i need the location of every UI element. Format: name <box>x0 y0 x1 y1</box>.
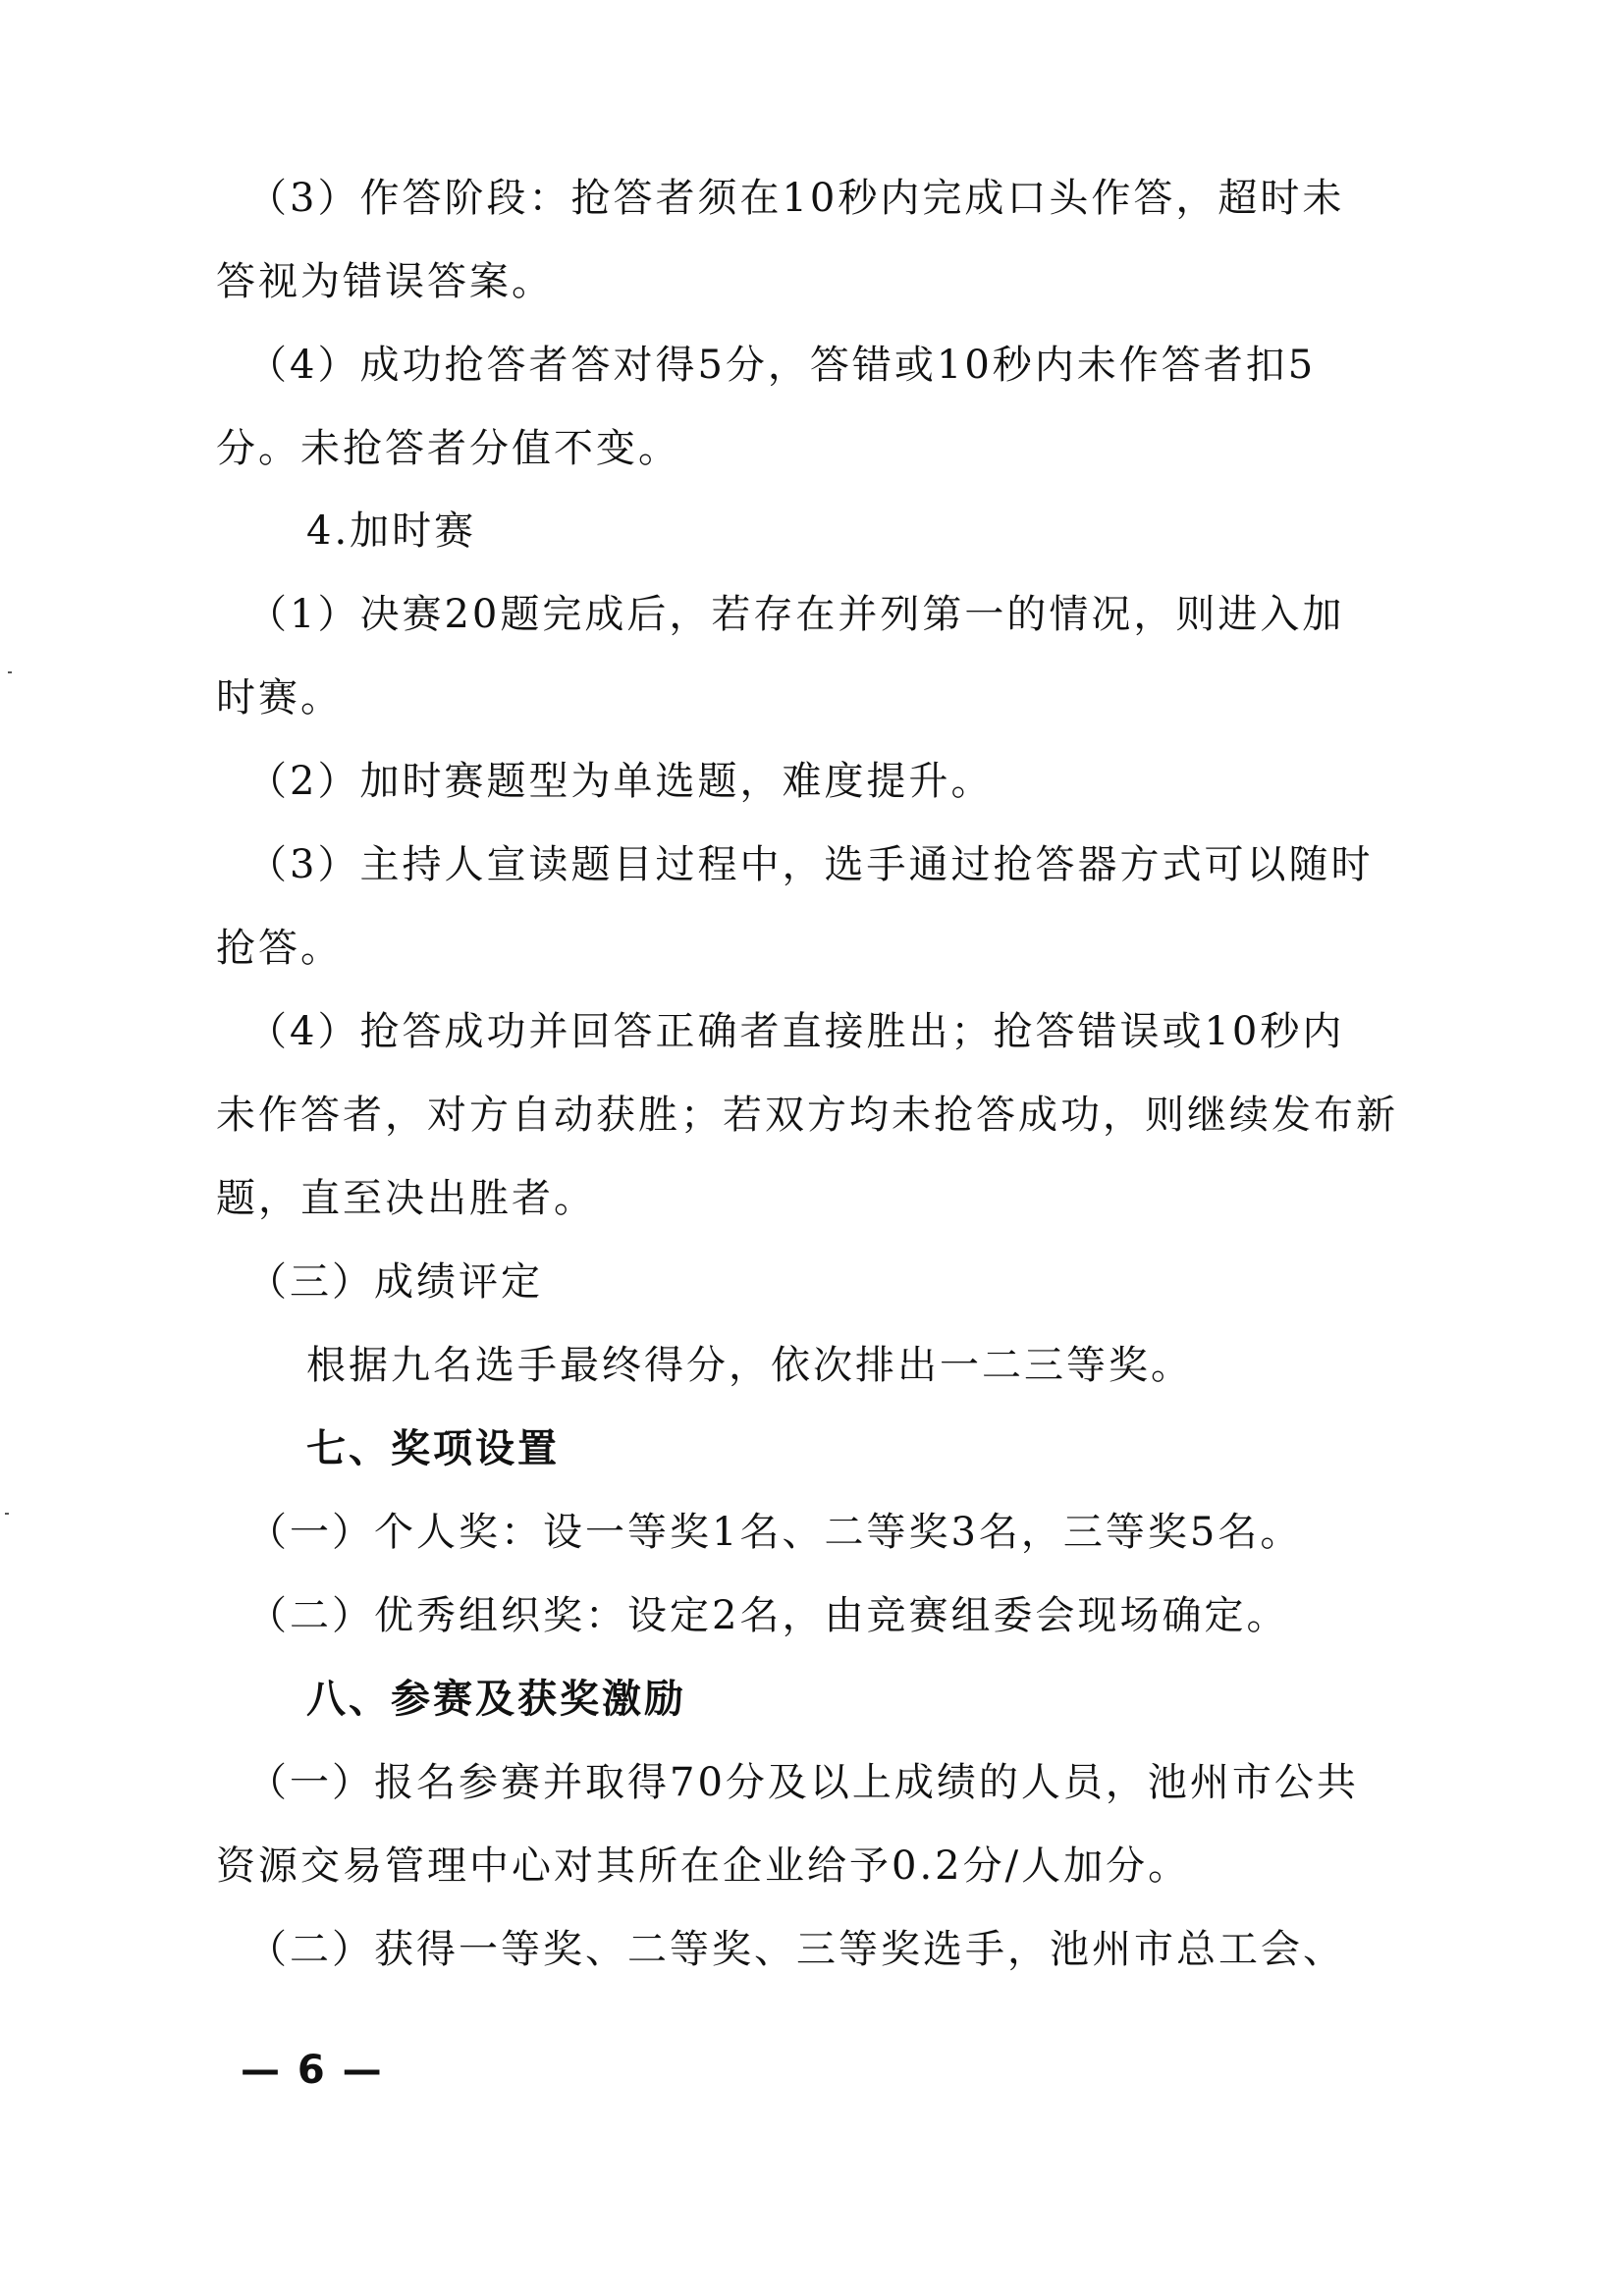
paragraph-line: （1）决赛20题完成后，若存在并列第一的情况，则进入加 <box>247 591 1344 638</box>
paragraph-line: （二）获得一等奖、二等奖、三等奖选手，池州市总工会、 <box>247 1926 1345 1973</box>
page-number: — 6 — <box>241 2047 384 2094</box>
paragraph-line: 题，直至决出胜者。 <box>216 1175 596 1222</box>
paragraph-line: （三）成绩评定 <box>247 1258 543 1306</box>
paragraph-line: 资源交易管理中心对其所在企业给予0.2分/人加分。 <box>216 1842 1190 1890</box>
paragraph-line: （4）成功抢答者答对得5分，答错或10秒内未作答者扣5 <box>247 342 1316 389</box>
section-heading: 八、参赛及获奖激励 <box>306 1676 686 1723</box>
paragraph-line: 时赛。 <box>216 674 343 721</box>
scan-mark <box>8 671 12 673</box>
section-heading: 七、奖项设置 <box>306 1425 560 1472</box>
paragraph-line: （一）个人奖：设一等奖1名、二等奖3名，三等奖5名。 <box>247 1509 1302 1556</box>
paragraph-line: 根据九名选手最终得分，依次排出一二三等奖。 <box>306 1342 1193 1389</box>
paragraph-line: （3）作答阶段：抢答者须在10秒内完成口头作答，超时未 <box>247 175 1344 222</box>
scan-mark <box>5 1513 9 1515</box>
paragraph-line: 答视为错误答案。 <box>216 258 554 305</box>
paragraph-line: （4）抢答成功并回答正确者直接胜出；抢答错误或10秒内 <box>247 1008 1344 1055</box>
document-page: （3）作答阶段：抢答者须在10秒内完成口头作答，超时未答视为错误答案。（4）成功… <box>0 0 1623 2296</box>
paragraph-line: （二）优秀组织奖：设定2名，由竞赛组委会现场确定。 <box>247 1592 1288 1639</box>
paragraph-line: （2）加时赛题型为单选题，难度提升。 <box>247 758 993 805</box>
paragraph-line: 4.加时赛 <box>306 507 476 555</box>
paragraph-line: 分。未抢答者分值不变。 <box>216 425 680 472</box>
paragraph-line: （3）主持人宣读题目过程中，选手通过抢答器方式可以随时 <box>247 841 1373 888</box>
paragraph-line: （一）报名参赛并取得70分及以上成绩的人员，池州市公共 <box>247 1759 1359 1806</box>
paragraph-line: 未作答者，对方自动获胜；若双方均未抢答成功，则继续发布新 <box>216 1092 1398 1139</box>
paragraph-line: 抢答。 <box>216 925 343 972</box>
